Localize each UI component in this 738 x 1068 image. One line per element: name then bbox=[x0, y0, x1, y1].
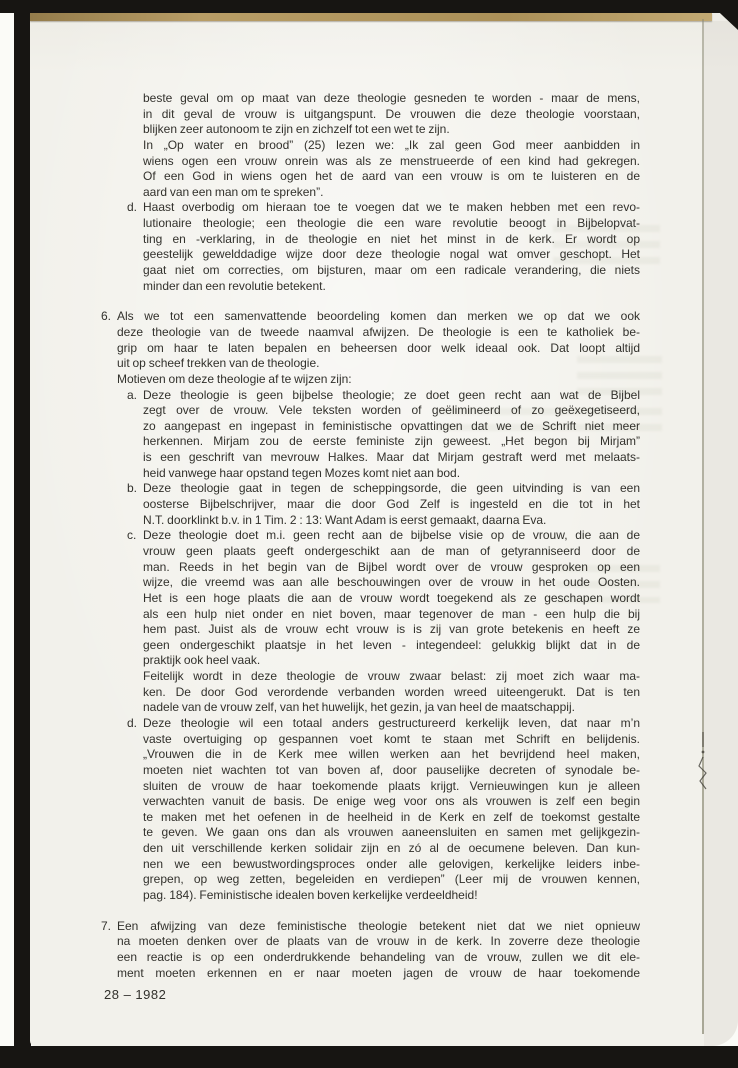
text-line: in dit geval de vrouw is uitgangspunt. D… bbox=[143, 107, 640, 123]
text-line: aard van een man om te spreken”. bbox=[143, 185, 640, 201]
text-line: als een hulp niet onder en niet boven, m… bbox=[143, 607, 640, 623]
page-edge-line bbox=[702, 19, 704, 1034]
text-line: vaste overtuiging op gespannen voet komt… bbox=[143, 732, 640, 748]
text-line: nen we een bewustwordingsproces onder al… bbox=[143, 857, 640, 873]
text-line: wijze, die vreemd was aan alle beschouwi… bbox=[143, 575, 640, 591]
paragraph: 6.Als we tot een samenvattende beoordeli… bbox=[117, 309, 640, 372]
list-marker: d. bbox=[127, 200, 143, 216]
text-line: Feitelijk wordt in deze theologie de vro… bbox=[143, 669, 640, 685]
text-line: Een afwijzing van deze feministische the… bbox=[117, 919, 640, 935]
text-line: blijken zeer autonoom te zijn en zichzel… bbox=[143, 122, 640, 138]
text-line: deze theologie van de tweede naamval afw… bbox=[117, 325, 640, 341]
text-line: minder dan een revolutie betekent. bbox=[143, 279, 640, 295]
text-line: beste geval om op maat van deze theologi… bbox=[143, 91, 640, 107]
paragraph: d.Deze theologie wil een totaal anders g… bbox=[143, 716, 640, 904]
text-line: Het is een hoge plaats die aan de vrouw … bbox=[143, 591, 640, 607]
text-line: Deze theologie wil een totaal anders ges… bbox=[143, 716, 640, 732]
scanned-page-photo: beste geval om op maat van deze theologi… bbox=[0, 0, 738, 1068]
page-top-edge bbox=[30, 13, 712, 21]
text-line: Als we tot een samenvattende beoordeling… bbox=[117, 309, 640, 325]
list-marker: a. bbox=[127, 388, 143, 404]
paragraph: c.Deze theologie doet m.i. geen recht aa… bbox=[143, 528, 640, 669]
text-line: Motieven om deze theologie af te wijzen … bbox=[117, 372, 640, 388]
text-line: heid vanwege haar opstand tegen Mozes ko… bbox=[143, 466, 640, 482]
scan-border-top bbox=[0, 0, 738, 13]
list-marker: b. bbox=[127, 481, 143, 497]
text-line: uit op scheef trekken van de theologie. bbox=[117, 356, 640, 372]
list-marker: c. bbox=[127, 528, 143, 544]
text-line: herkennen. Mirjam zou de eerste feminist… bbox=[143, 434, 640, 450]
text-line: grip om haar te laten bepalen en beheers… bbox=[117, 341, 640, 357]
text-line: oosterse Bijbelschrijver, maar die door … bbox=[143, 497, 640, 513]
page-number: 28 – 1982 bbox=[104, 987, 166, 1002]
text-line: den uit verschillende kerken solidair zi… bbox=[143, 841, 640, 857]
scan-border-bottom bbox=[0, 1046, 738, 1068]
paragraph: a.Deze theologie is geen bijbelse theolo… bbox=[143, 388, 640, 482]
text-line: ment moeten erkennen en er naar moeten j… bbox=[117, 966, 640, 982]
text-line: te geven. We gaan ons dan als vrouwen aa… bbox=[143, 825, 640, 841]
text-line: verwachten vanuit de basis. De enige weg… bbox=[143, 794, 640, 810]
text-line: man. Reeds in het begin van de Bijbel wo… bbox=[143, 560, 640, 576]
scan-corner-top-right bbox=[706, 0, 738, 30]
text-line: na moeten denken over de plaats van de v… bbox=[117, 934, 640, 950]
list-marker: 7. bbox=[101, 919, 117, 935]
paragraph: 7.Een afwijzing van deze feministische t… bbox=[117, 919, 640, 982]
paragraph: d.Haast overbodig om hieraan toe te voeg… bbox=[143, 200, 640, 294]
text-line: lutionaire theologie; een theologie die … bbox=[143, 216, 640, 232]
pen-mark-icon bbox=[694, 731, 712, 791]
text-line: ting en -verklaring, in de theologie en … bbox=[143, 232, 640, 248]
text-line: Deze theologie is geen bijbelse theologi… bbox=[143, 388, 640, 404]
paragraph: Motieven om deze theologie af te wijzen … bbox=[117, 372, 640, 388]
text-line: In „Op water en brood” (25) lezen we: „I… bbox=[143, 138, 640, 154]
text-line: Deze theologie gaat in tegen de scheppin… bbox=[143, 481, 640, 497]
text-column: beste geval om op maat van deze theologi… bbox=[117, 91, 640, 981]
paragraph: b.Deze theologie gaat in tegen de schepp… bbox=[143, 481, 640, 528]
text-line: Haast overbodig om hieraan toe te voegen… bbox=[143, 200, 640, 216]
text-line: geen ondergeschikt plaatsje in het leven… bbox=[143, 638, 640, 654]
text-line: ken. De door God verordende verbanden wo… bbox=[143, 685, 640, 701]
text-line: is een geschrift van mevrouw Halkes. Maa… bbox=[143, 450, 640, 466]
text-line: grepen, op weg zetten, begeleiden en ver… bbox=[143, 872, 640, 888]
paragraph: beste geval om op maat van deze theologi… bbox=[143, 91, 640, 138]
text-line: „Vrouwen die in de Kerk mee willen werke… bbox=[143, 747, 640, 763]
list-marker: d. bbox=[127, 716, 143, 732]
list-marker: 6. bbox=[101, 309, 117, 325]
text-line: een reactie is op een onderdrukkende beh… bbox=[117, 950, 640, 966]
text-line: nadele van de vrouw zelf, van het huweli… bbox=[143, 700, 640, 716]
text-line: N.T. doorklinkt b.v. in 1 Tim. 2 : 13: W… bbox=[143, 513, 640, 529]
paragraph: In „Op water en brood” (25) lezen we: „I… bbox=[143, 138, 640, 201]
book-page: beste geval om op maat van deze theologi… bbox=[30, 13, 738, 1046]
text-line: zo aangepast en ingepast in feministisch… bbox=[143, 419, 640, 435]
text-line: sluiten de vrouw de haar toekomende plaa… bbox=[143, 779, 640, 795]
text-line: hem past. Juist als de vrouw echt vrouw … bbox=[143, 622, 640, 638]
text-line: vrouw geen plaats geeft ondergeschikt aa… bbox=[143, 544, 640, 560]
text-line: geestelijk gewelddadige wijze door deze … bbox=[143, 247, 640, 263]
scan-border-left bbox=[14, 0, 31, 1068]
text-line: praktijk ook heel vaak. bbox=[143, 653, 640, 669]
text-line: te maken met het oefenen in de heelheid … bbox=[143, 810, 640, 826]
text-line: wiens ogen een vrouw onrein was als ze m… bbox=[143, 154, 640, 170]
text-line: Of een God in wiens ogen het de aard van… bbox=[143, 169, 640, 185]
text-line: moeten niet wachten tot van boven af, do… bbox=[143, 763, 640, 779]
text-line: pag. 184). Feministische idealen boven k… bbox=[143, 888, 640, 904]
text-line: zegt over de vrouw. Vele teksten worden … bbox=[143, 403, 640, 419]
paragraph: Feitelijk wordt in deze theologie de vro… bbox=[143, 669, 640, 716]
text-line: gaat niet om correcties, om bijsturen, m… bbox=[143, 263, 640, 279]
underlying-page-edge bbox=[704, 21, 738, 1046]
text-line: Deze theologie doet m.i. geen recht aan … bbox=[143, 528, 640, 544]
